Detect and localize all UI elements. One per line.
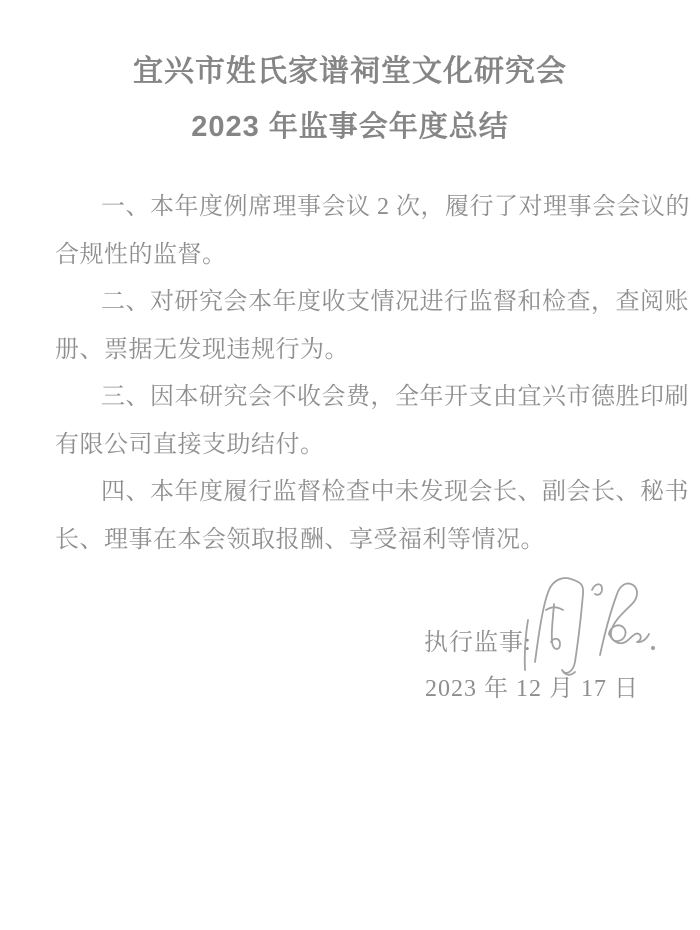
paragraph-1-line-2: 合规性的监督。 (55, 232, 650, 280)
document-title-line1: 宜兴市姓氏家谱祠堂文化研究会 (0, 55, 700, 89)
paragraph-3-line-1: 三、因本研究会不收会费，全年开支由宜兴市德胜印刷 (55, 374, 650, 422)
handwritten-signature-icon (505, 570, 660, 682)
paragraph-2-line-1: 二、对研究会本年度收支情况进行监督和检查，查阅账 (55, 279, 650, 327)
paragraph-3: 三、因本研究会不收会费，全年开支由宜兴市德胜印刷 有限公司直接支助结付。 (55, 374, 650, 469)
paragraph-4-line-2: 长、理事在本会领取报酬、享受福利等情况。 (55, 517, 650, 565)
document-title-line2: 2023 年监事会年度总结 (0, 111, 700, 144)
paragraph-2: 二、对研究会本年度收支情况进行监督和检查，查阅账 册、票据无发现违规行为。 (55, 279, 650, 374)
paragraph-4: 四、本年度履行监督检查中未发现会长、副会长、秘书 长、理事在本会领取报酬、享受福… (55, 469, 650, 564)
document-date: 2023 年 12 月 17 日 (425, 668, 639, 703)
paragraph-1-line-1: 一、本年度例席理事会议 2 次，履行了对理事会会议的 (55, 184, 650, 232)
paragraph-4-line-1: 四、本年度履行监督检查中未发现会长、副会长、秘书 (55, 469, 650, 517)
document-page: 宜兴市姓氏家谱祠堂文化研究会 2023 年监事会年度总结 一、本年度例席理事会议… (0, 0, 700, 930)
paragraph-1: 一、本年度例席理事会议 2 次，履行了对理事会会议的 合规性的监督。 (55, 184, 650, 279)
paragraph-2-line-2: 册、票据无发现违规行为。 (55, 327, 650, 375)
document-body: 一、本年度例席理事会议 2 次，履行了对理事会会议的 合规性的监督。 二、对研究… (55, 184, 650, 564)
paragraph-3-line-2: 有限公司直接支助结付。 (55, 422, 650, 470)
